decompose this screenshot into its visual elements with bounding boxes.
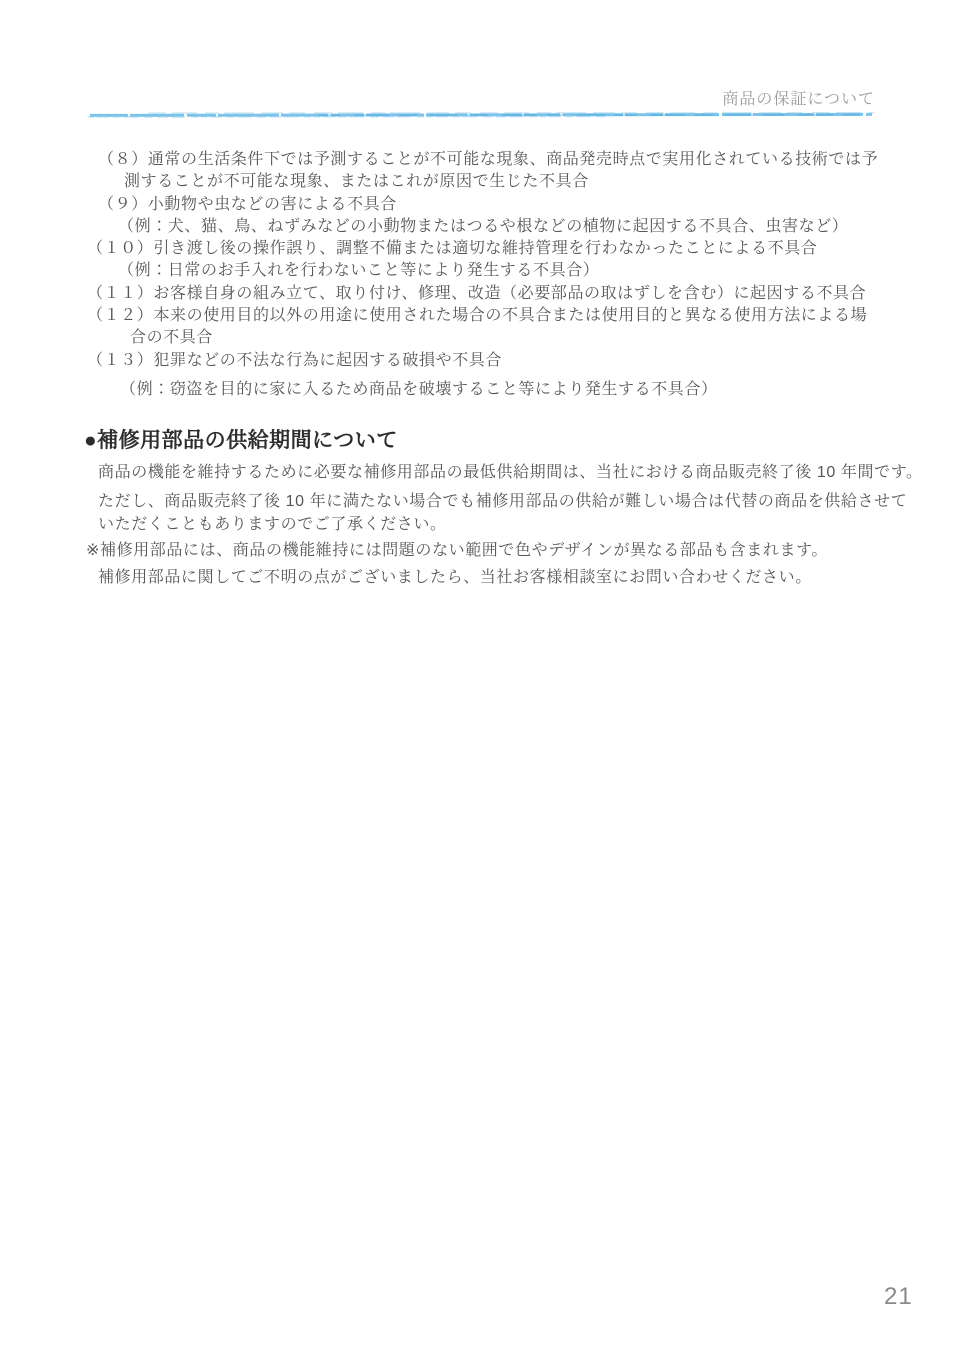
warranty-item-8-line-1: （８）通常の生活条件下では予測することが不可能な現象、商品発売時点で実用化されて… bbox=[0, 149, 960, 171]
warranty-item-11: （１１）お客様自身の組み立て、取り付け、修理、改造（必要部品の取はずしを含む）に… bbox=[0, 283, 960, 305]
supply-paragraph-2-line-1: ただし、商品販売終了後 10 年に満たない場合でも補修用部品の供給が難しい場合は… bbox=[0, 491, 960, 513]
warranty-item-12-line-1: （１２）本来の使用目的以外の用途に使用された場合の不具合または使用目的と異なる使… bbox=[0, 305, 960, 327]
supply-contact: 補修用部品に関してご不明の点がございましたら、当社お客様相談室にお問い合わせくだ… bbox=[0, 567, 960, 589]
page-header-title: 商品の保証について bbox=[722, 86, 875, 109]
supply-paragraph-2-line-2: いただくこともありますのでご了承ください。 bbox=[0, 514, 960, 536]
manual-page: 商品の保証について （８）通常の生活条件下では予測することが不可能な現象、商品発… bbox=[0, 0, 960, 1358]
supply-period-section: ●補修用部品の供給期間について 商品の機能を維持するために必要な補修用部品の最低… bbox=[0, 424, 960, 589]
warranty-item-10-example: （例：日常のお手入れを行わないこと等により発生する不具合） bbox=[0, 260, 960, 282]
warranty-item-13: （１３）犯罪などの不法な行為に起因する破損や不具合 bbox=[0, 350, 960, 372]
warranty-item-9: （９）小動物や虫などの害による不具合 bbox=[0, 194, 960, 216]
supply-note: ※補修用部品には、商品の機能維持には問題のない範囲で色やデザインが異なる部品も含… bbox=[0, 540, 960, 562]
warranty-exclusion-list: （８）通常の生活条件下では予測することが不可能な現象、商品発売時点で実用化されて… bbox=[0, 149, 960, 401]
page-number: 21 bbox=[884, 1283, 913, 1311]
supply-paragraph-1: 商品の機能を維持するために必要な補修用部品の最低供給期間は、当社における商品販売… bbox=[0, 462, 960, 484]
warranty-item-13-example: （例：窃盗を目的に家に入るため商品を破壊すること等により発生する不具合） bbox=[0, 379, 960, 401]
brushstroke-divider bbox=[88, 110, 874, 120]
warranty-item-12-line-2: 合の不具合 bbox=[0, 327, 960, 349]
warranty-item-8-line-2: 測することが不可能な現象、またはこれが原因で生じた不具合 bbox=[0, 171, 960, 193]
supply-period-body: 商品の機能を維持するために必要な補修用部品の最低供給期間は、当社における商品販売… bbox=[0, 462, 960, 589]
warranty-item-9-example: （例：犬、猫、鳥、ねずみなどの小動物またはつるや根などの植物に起因する不具合、虫… bbox=[0, 216, 960, 238]
warranty-item-10: （１０）引き渡し後の操作誤り、調整不備または適切な維持管理を行わなかったことによ… bbox=[0, 238, 960, 260]
supply-period-heading: ●補修用部品の供給期間について bbox=[0, 424, 960, 454]
